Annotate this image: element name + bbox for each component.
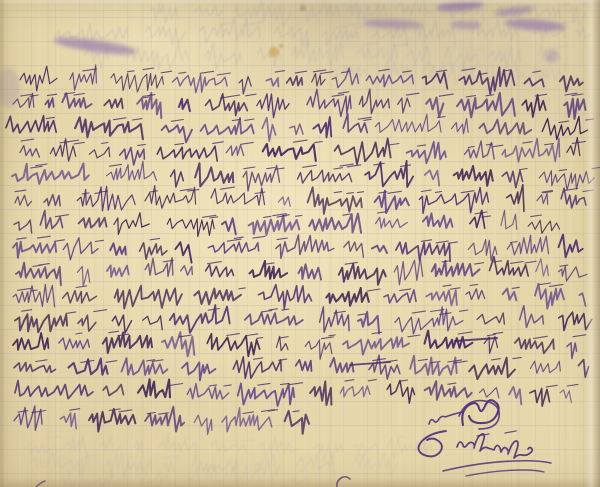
- script-line-8: [175, 242, 191, 262]
- bleedthrough-line: [292, 477, 308, 485]
- bleedthrough-line: [488, 47, 520, 69]
- script-line-2: [359, 89, 389, 114]
- bleedthrough-line: [314, 443, 343, 462]
- script-line-10: [326, 288, 369, 306]
- script-line-2: [398, 98, 410, 113]
- script-line-6: [15, 195, 31, 206]
- script-line-11: [477, 313, 504, 324]
- script-line-9: [432, 261, 480, 276]
- script-line-13: [182, 362, 215, 380]
- script-line-2: [426, 98, 443, 117]
- script-line-9: [298, 264, 321, 279]
- script-line-8: [396, 242, 450, 261]
- script-line-13: [530, 361, 560, 373]
- script-line-4: [157, 146, 217, 161]
- script-line-14: [310, 381, 331, 405]
- bleedthrough-line: [353, 453, 397, 476]
- script-line-11: [559, 312, 592, 330]
- script-line-12: [207, 334, 259, 357]
- script-line-1: [239, 77, 251, 94]
- script-line-10: [259, 285, 312, 309]
- bleedthrough-line: [163, 461, 174, 472]
- script-line-9: [77, 267, 89, 287]
- bleedthrough-line: [25, 436, 86, 454]
- signature-stroke: [443, 461, 551, 471]
- bleedthrough-line: [297, 453, 335, 477]
- script-line-14: [560, 390, 571, 403]
- script-line-7: [501, 210, 517, 229]
- script-line-7: [40, 211, 62, 229]
- script-line-1: [287, 76, 303, 86]
- script-line-15: [89, 409, 135, 432]
- ink-smudge: [363, 18, 423, 29]
- script-line-11: [15, 314, 67, 332]
- bleedthrough-line: [348, 0, 386, 20]
- script-line-15: [14, 406, 42, 430]
- script-line-7: [528, 220, 559, 233]
- script-line-1: [70, 65, 97, 90]
- script-line-4: [335, 138, 391, 164]
- script-line-7: [14, 220, 32, 233]
- script-line-9: [490, 257, 529, 276]
- script-line-6: [419, 188, 488, 214]
- script-line-2: [564, 99, 585, 119]
- bleedthrough-line: [357, 43, 397, 60]
- script-line-7: [376, 217, 408, 228]
- script-line-7: [114, 213, 149, 235]
- script-line-9: [107, 265, 129, 277]
- script-line-8: [110, 243, 126, 255]
- scanned-letter: [0, 0, 600, 487]
- bleedthrough-line: [575, 27, 592, 39]
- script-line-2: [257, 94, 289, 118]
- script-line-11-crossbars: [22, 309, 468, 316]
- script-line-5: [298, 170, 352, 183]
- script-line-14-crossbars: [169, 380, 578, 387]
- script-line-3: [162, 125, 192, 142]
- script-line-1: [312, 74, 325, 86]
- script-line-10-crossbars: [18, 283, 564, 291]
- script-line-8: [372, 246, 387, 253]
- paper-stain: [269, 47, 279, 57]
- script-line-7: [222, 218, 236, 234]
- script-line-5: [365, 161, 413, 187]
- script-line-1: [266, 78, 278, 86]
- script-line-8: [13, 242, 56, 258]
- script-line-3: [479, 120, 531, 135]
- script-line-14: [480, 388, 499, 398]
- script-line-15: [285, 411, 309, 434]
- script-line-2: [62, 93, 91, 108]
- bleedthrough-line: [396, 0, 433, 15]
- bleedthrough-line: [275, 27, 308, 47]
- script-line-2: [104, 98, 122, 108]
- script-line-7: [79, 218, 107, 228]
- script-line-5: [195, 163, 233, 186]
- script-line-2: [45, 98, 53, 107]
- script-line-10: [535, 284, 564, 309]
- script-line-4: [567, 138, 580, 156]
- bleedthrough-line-crossbars: [96, 43, 567, 51]
- bleedthrough-line: [259, 436, 297, 460]
- signature-stroke: [466, 470, 544, 476]
- script-line-12: [277, 336, 289, 350]
- script-line-11: [395, 307, 463, 334]
- script-line-13: [14, 363, 56, 373]
- ink-smudge: [0, 68, 20, 108]
- script-line-11: [78, 315, 96, 331]
- script-line-4: [407, 142, 446, 164]
- bleedthrough-line: [211, 440, 247, 453]
- script-line-5: [502, 171, 522, 188]
- signature-stroke: [429, 412, 463, 424]
- paper-stain: [279, 44, 283, 48]
- signature-stroke: [457, 434, 532, 458]
- script-line-6: [308, 187, 362, 214]
- script-line-10: [503, 289, 517, 301]
- script-line-7: [249, 216, 299, 235]
- script-line-6: [77, 186, 135, 210]
- script-line-8: [559, 235, 583, 258]
- bleedthrough-line-crossbars: [47, 436, 406, 441]
- script-line-8: [63, 238, 98, 260]
- bleedthrough-line: [150, 4, 178, 24]
- bleedthrough-line: [258, 45, 282, 68]
- script-line-3: [313, 117, 331, 137]
- script-line-6: [537, 194, 548, 205]
- script-line-13: [233, 357, 281, 379]
- script-line-8: [208, 242, 258, 253]
- bleedthrough-line: [135, 471, 169, 484]
- script-line-3: [542, 117, 587, 140]
- script-line-13: [469, 358, 515, 380]
- signature-stroke: [459, 401, 499, 429]
- script-line-14: [138, 379, 170, 397]
- script-line-6: [211, 188, 265, 205]
- bleedthrough-line: [146, 26, 186, 45]
- script-line-9: [394, 258, 423, 285]
- script-line-8: [507, 235, 548, 255]
- script-line-15: [145, 407, 184, 432]
- script-line-4: [89, 147, 109, 158]
- script-line-3: [452, 119, 469, 134]
- script-line-3: [343, 114, 367, 133]
- script-line-2: [522, 95, 546, 117]
- bleedthrough-line: [292, 40, 343, 67]
- bleedthrough-line: [205, 42, 241, 69]
- script-line-1: [525, 78, 544, 86]
- script-line-4: [120, 148, 145, 166]
- script-line-15: [194, 415, 212, 434]
- script-line-4: [226, 145, 243, 156]
- script-line-10: [384, 290, 416, 303]
- script-line-14: [238, 383, 294, 406]
- script-line-9: [181, 266, 193, 276]
- cutoff-stroke: [36, 481, 45, 487]
- script-line-6: [44, 195, 60, 206]
- bleedthrough-line: [199, 18, 260, 43]
- bleedthrough-line: [569, 7, 586, 26]
- script-line-6: [561, 188, 586, 208]
- script-line-12: [343, 337, 409, 355]
- script-line-12: [567, 343, 577, 359]
- ink-smudge: [53, 34, 138, 58]
- paper-stain: [300, 5, 306, 11]
- script-line-11: [170, 305, 230, 333]
- script-line-5: [425, 170, 440, 186]
- ink-smudge: [504, 17, 567, 32]
- script-line-8: [468, 240, 497, 261]
- script-line-9: [559, 266, 588, 281]
- script-line-5: [243, 165, 280, 191]
- script-line-9: [206, 265, 234, 277]
- bleedthrough-line: [134, 440, 143, 455]
- script-line-13: [410, 356, 457, 376]
- script-line-10: [63, 291, 97, 303]
- bleedthrough-line: [127, 44, 189, 70]
- script-line-13: [578, 360, 588, 378]
- script-line-2: [179, 99, 190, 111]
- script-line-7-crossbars: [55, 212, 541, 218]
- bleedthrough-line-crossbars: [73, 469, 308, 472]
- script-line-5: [539, 171, 594, 190]
- script-line-15: [60, 413, 76, 429]
- script-line-14: [509, 387, 521, 405]
- script-line-3: [262, 118, 275, 142]
- script-line-3: [75, 117, 143, 139]
- script-line-8-crossbars: [17, 236, 518, 243]
- strikethrough: [350, 362, 390, 365]
- script-line-8: [344, 241, 364, 257]
- script-line-15-crossbars: [18, 409, 299, 415]
- handwriting-layer: [0, 0, 600, 487]
- script-line-12: [103, 332, 152, 353]
- script-line-10: [579, 293, 585, 306]
- script-line-3: [290, 124, 303, 134]
- script-line-14: [387, 380, 414, 403]
- bleedthrough-line: [235, 0, 292, 27]
- script-line-6: [507, 185, 524, 212]
- script-line-10: [426, 290, 457, 305]
- script-line-14: [187, 384, 229, 400]
- script-line-14: [103, 385, 123, 396]
- script-line-6: [278, 197, 290, 206]
- script-line-6: [375, 191, 409, 213]
- script-line-11: [112, 315, 131, 333]
- script-line-11: [143, 316, 163, 330]
- script-line-2: [457, 93, 515, 117]
- script-line-1: [20, 66, 57, 91]
- script-line-1: [172, 75, 227, 93]
- script-line-9-crossbars: [33, 260, 568, 266]
- script-line-14: [340, 386, 370, 397]
- script-line-10: [466, 289, 485, 300]
- script-line-12: [515, 338, 554, 353]
- script-line-1: [111, 73, 163, 92]
- bleedthrough-line: [184, 472, 198, 481]
- script-line-4-crossbars: [21, 139, 585, 147]
- script-line-12: [305, 340, 332, 359]
- bleedthrough-layer: [25, 0, 592, 487]
- bleedthrough-line: [159, 433, 197, 458]
- script-line-4: [20, 146, 40, 158]
- script-line-12: [59, 338, 89, 350]
- script-line-14: [15, 381, 93, 399]
- bleedthrough-line: [353, 443, 379, 454]
- cutoff-stroke: [337, 477, 350, 487]
- script-line-12: [13, 333, 48, 350]
- script-line-1: [560, 76, 583, 91]
- script-line-4: [465, 141, 495, 159]
- script-line-14: [530, 389, 550, 407]
- script-line-5: [454, 166, 493, 186]
- bleedthrough-line: [300, 0, 339, 23]
- script-line-9: [339, 264, 386, 285]
- script-line-5: [12, 163, 89, 184]
- script-line-13-crossbars: [36, 357, 522, 363]
- script-line-11: [520, 306, 544, 328]
- script-line-10: [115, 286, 182, 309]
- bleedthrough-line: [100, 436, 121, 453]
- bleedthrough-line: [195, 5, 223, 16]
- script-line-11: [245, 313, 303, 325]
- script-line-8: [140, 243, 167, 259]
- script-line-7: [423, 213, 453, 228]
- script-line-7: [167, 218, 214, 236]
- script-line-12-crossbars: [76, 331, 586, 339]
- script-line-5: [171, 170, 184, 187]
- script-line-3: [375, 114, 441, 132]
- script-line-5: [107, 161, 157, 180]
- script-line-7: [309, 214, 361, 233]
- script-line-11: [320, 307, 350, 332]
- script-line-9: [536, 259, 549, 276]
- script-line-10: [194, 289, 241, 305]
- smudge-layer: [0, 0, 566, 108]
- ink-layer: [6, 65, 600, 434]
- script-line-4: [263, 144, 316, 161]
- script-line-2: [307, 89, 351, 116]
- script-line-13: [296, 360, 312, 371]
- script-line-10: [13, 284, 55, 307]
